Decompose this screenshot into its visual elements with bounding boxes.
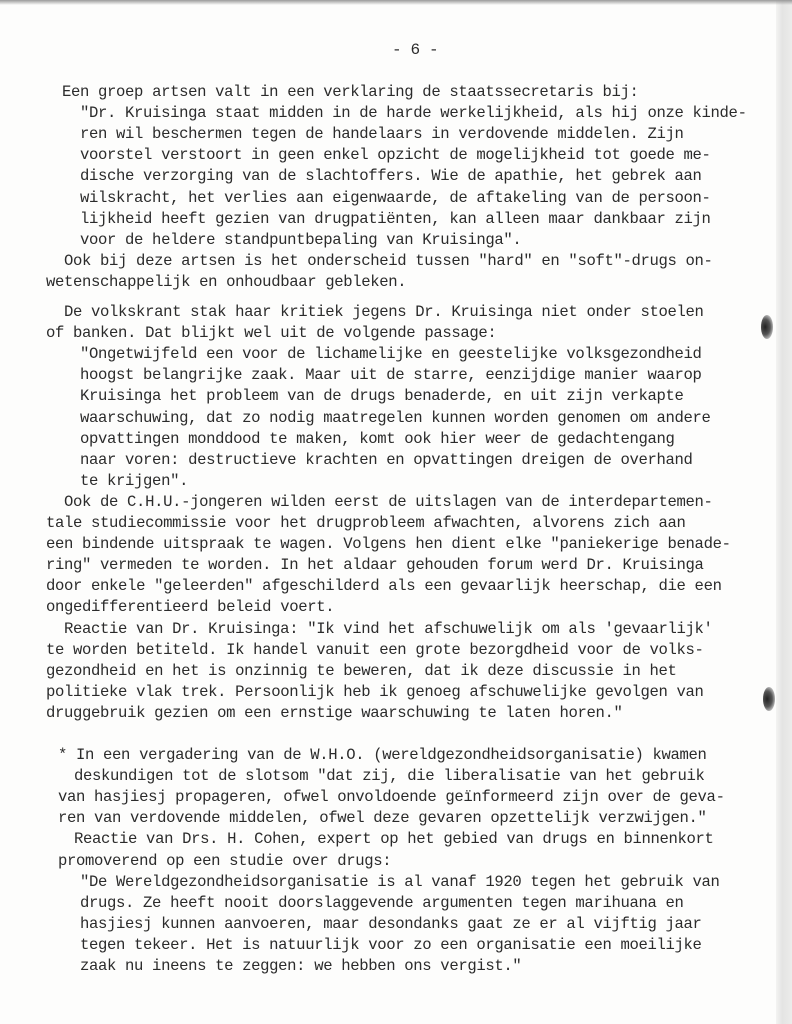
text-line: "Ongetwijfeld een voor de lichamelijke e… [80, 344, 702, 364]
text-line: Ook de C.H.U.-jongeren wilden eerst de u… [64, 492, 713, 512]
page-number: - 6 - [392, 40, 438, 60]
text-line: "Dr. Kruisinga staat midden in de harde … [80, 103, 747, 123]
text-line: Kruisinga het probleem van de drugs bena… [80, 386, 684, 406]
text-line: promoverend op een studie over drugs: [58, 851, 391, 871]
text-line: voor de heldere standpuntbepaling van Kr… [80, 230, 521, 250]
page-edge-shadow [776, 0, 792, 1024]
text-line: tale studiecommissie voor het drugproble… [46, 513, 686, 533]
text-line: door enkele "geleerden" afgeschilderd al… [46, 576, 722, 596]
text-line: te worden betiteld. Ik handel vanuit een… [46, 640, 704, 660]
text-line: wetenschappelijk en onhoudbaar gebleken. [46, 272, 406, 292]
text-line: ring" vermeden te worden. In het aldaar … [46, 555, 704, 575]
text-line: gezondheid en het is onzinnig te beweren… [46, 661, 677, 681]
text-line: Een groep artsen valt in een verklaring … [62, 82, 639, 102]
text-line: zaak nu ineens te zeggen: we hebben ons … [80, 956, 521, 976]
text-line: ongedifferentieerd beleid voert. [46, 597, 334, 617]
text-line: hasjiesj kunnen aanvoeren, maar desondan… [80, 914, 702, 934]
text-line: waarschuwing, dat zo nodig maatregelen k… [80, 408, 711, 428]
text-line: voorstel verstoort in geen enkel opzicht… [80, 145, 711, 165]
page-top-shadow [0, 0, 792, 5]
text-line: een bindende uitspraak te wagen. Volgens… [46, 534, 731, 554]
text-line: ren van verdovende middelen, ofwel deze … [58, 808, 707, 828]
text-line: politieke vlak trek. Persoonlijk heb ik … [46, 682, 704, 702]
text-line: deskundigen tot de slotsom "dat zij, die… [74, 766, 705, 786]
text-line: ren wil beschermen tegen de handelaars i… [80, 124, 684, 144]
text-line: tegen tekeer. Het is natuurlijk voor zo … [80, 935, 702, 955]
text-line: dische verzorging van de slachtoffers. W… [80, 166, 702, 186]
text-line: van hasjiesj propageren, ofwel onvoldoen… [58, 787, 725, 807]
text-line: De volkskrant stak haar kritiek jegens D… [64, 302, 704, 322]
text-line: te krijgen". [80, 471, 188, 491]
text-line: drugs. Ze heeft nooit doorslaggevende ar… [80, 893, 684, 913]
document-body: - 6 - Een groep artsen valt in een verkl… [0, 0, 18, 72]
text-line: Reactie van Dr. Kruisinga: "Ik vind het … [64, 619, 713, 639]
text-line: of banken. Dat blijkt wel uit de volgend… [46, 323, 496, 343]
text-line: hoogst belangrijke zaak. Maar uit de sta… [80, 365, 702, 385]
punch-hole-icon [763, 687, 775, 711]
text-line: lijkheid heeft gezien van drugpatiënten,… [80, 209, 711, 229]
text-line: naar voren: destructieve krachten en opv… [80, 450, 693, 470]
text-line: opvattingen monddood te maken, komt ook … [80, 429, 675, 449]
text-line: Ook bij deze artsen is het onderscheid t… [64, 251, 713, 271]
text-line: * In een vergadering van de W.H.O. (were… [58, 745, 707, 765]
text-line: druggebruik gezien om een ernstige waars… [46, 703, 623, 723]
text-line: wilskracht, het verlies aan eigenwaarde,… [80, 188, 711, 208]
punch-hole-icon [761, 315, 773, 339]
text-line: Reactie van Drs. H. Cohen, expert op het… [74, 829, 714, 849]
text-line: "De Wereldgezondheidsorganisatie is al v… [80, 872, 720, 892]
